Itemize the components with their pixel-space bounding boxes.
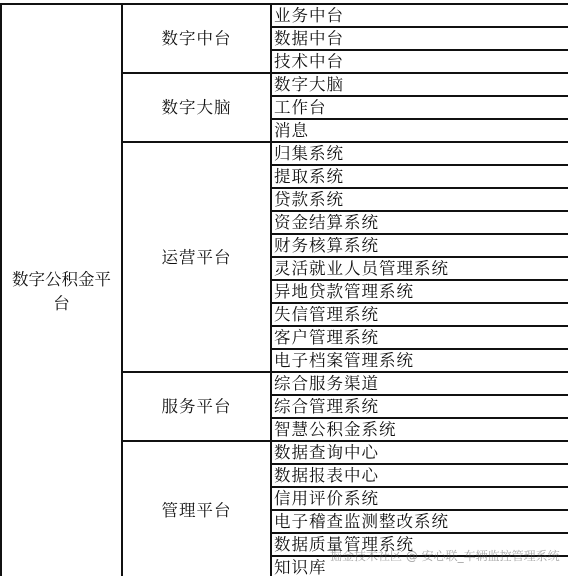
group-cell: 管理平台: [122, 441, 271, 576]
system-cell: 贷款系统: [271, 188, 568, 211]
system-cell: 知识库: [271, 556, 568, 576]
system-cell: 综合服务渠道: [271, 372, 568, 395]
group-cell: 数字中台: [122, 4, 271, 73]
system-cell: 数据报表中心: [271, 464, 568, 487]
system-cell: 数字大脑: [271, 73, 568, 96]
system-cell: 综合管理系统: [271, 395, 568, 418]
system-cell: 资金结算系统: [271, 211, 568, 234]
root-platform-cell: 数字公积金平台: [1, 4, 122, 576]
table-row: 数字公积金平台数字中台业务中台: [1, 4, 568, 27]
system-cell: 提取系统: [271, 165, 568, 188]
architecture-table: 数字公积金平台数字中台业务中台数据中台技术中台数字大脑数字大脑工作台消息运营平台…: [0, 3, 568, 576]
system-cell: 异地贷款管理系统: [271, 280, 568, 303]
system-cell: 信用评价系统: [271, 487, 568, 510]
group-cell: 服务平台: [122, 372, 271, 441]
system-cell: 智慧公积金系统: [271, 418, 568, 441]
system-cell: 数据查询中心: [271, 441, 568, 464]
system-cell: 业务中台: [271, 4, 568, 27]
system-cell: 技术中台: [271, 50, 568, 73]
system-cell: 客户管理系统: [271, 326, 568, 349]
system-cell: 电子档案管理系统: [271, 349, 568, 372]
system-cell: 失信管理系统: [271, 303, 568, 326]
system-cell: 灵活就业人员管理系统: [271, 257, 568, 280]
system-cell: 消息: [271, 119, 568, 142]
system-cell: 数据质量管理系统: [271, 533, 568, 556]
group-cell: 数字大脑: [122, 73, 271, 142]
system-cell: 电子稽查监测整改系统: [271, 510, 568, 533]
system-cell: 数据中台: [271, 27, 568, 50]
system-cell: 归集系统: [271, 142, 568, 165]
system-cell: 工作台: [271, 96, 568, 119]
system-cell: 财务核算系统: [271, 234, 568, 257]
group-cell: 运营平台: [122, 142, 271, 372]
